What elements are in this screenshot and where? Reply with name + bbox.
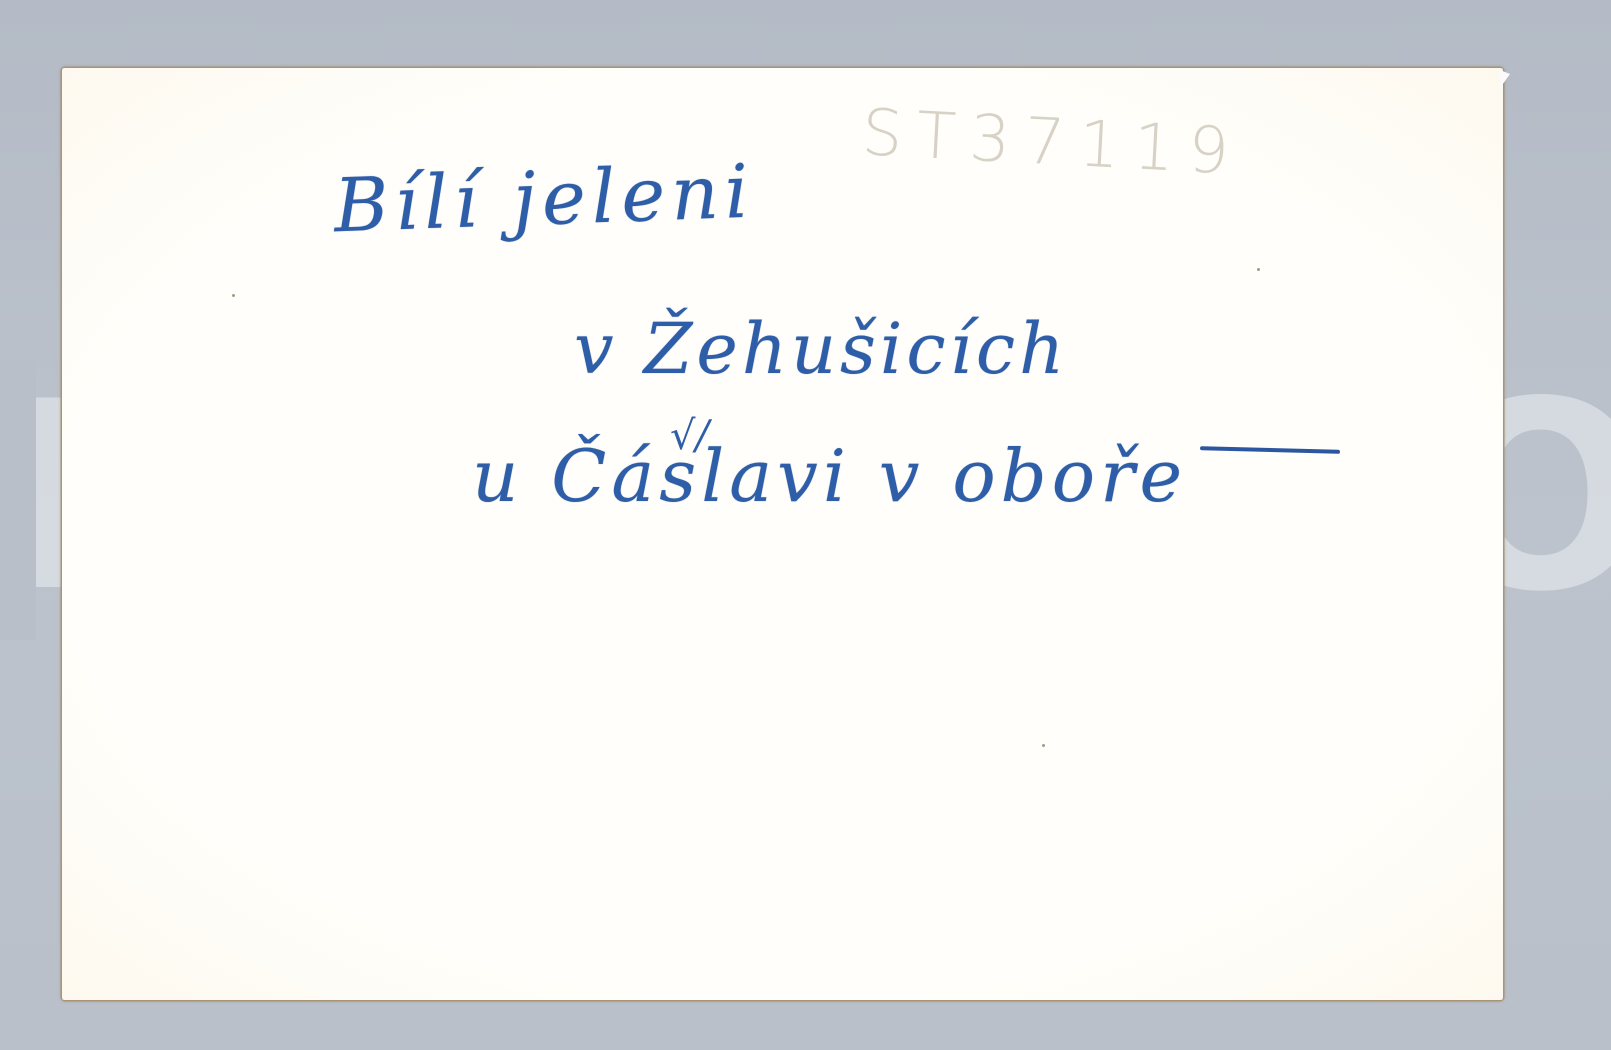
photo-card-back	[62, 68, 1503, 1000]
handwritten-line-1: Bílí jeleni	[333, 155, 756, 244]
handwritten-line-2: v Žehušicích	[574, 314, 1068, 384]
speck	[232, 294, 235, 297]
watermark-mask	[0, 360, 36, 640]
handwritten-line-3: u Čáslavi v oboře	[472, 440, 1187, 512]
speck	[1257, 268, 1260, 271]
card-corner-tab	[1500, 70, 1510, 88]
speck	[1042, 744, 1045, 747]
